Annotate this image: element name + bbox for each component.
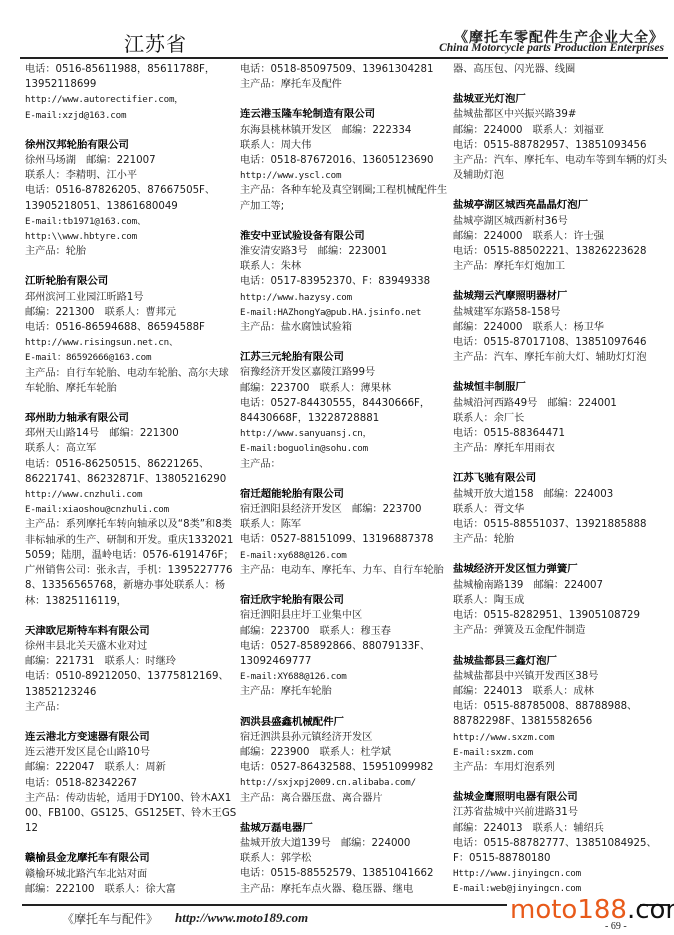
info-line: 邳州滨河工业园江昕路1号 [25,290,237,305]
contact-line: 联系人：朱林 [240,259,452,274]
phone-line: 电话：0515-88782957、13851093456 [453,138,668,153]
website-link[interactable]: http://sxjxpj2009.cn.alibaba.com/ [240,775,452,790]
info-line: 13092469777 [240,654,452,669]
column-3: 器、高压包、闪光器、线圈盐城亚光灯泡厂盐城盐都区中兴振兴路39#邮编：22400… [453,62,668,897]
website-link[interactable]: http://www.risingsun.net.cn、 [25,335,237,350]
company-entry: 盐城金鹰照明电器有限公司江苏省盐城中兴前进路31号邮编：224013 联系人：辅… [453,790,668,896]
info-line: 盐城建军东路58-158号 [453,305,668,320]
info-line: 88782298F、13815582656 [453,714,668,729]
phone-line: 电话：0515-87017108、13851097646 [453,335,668,350]
company-entry: 盐城盐都县三鑫灯泡厂盐城盐都县中兴镇开发西区38号邮编：224013 联系人：成… [453,654,668,776]
info-line: 宿迁泗洪县孙元镇经济开发区 [240,730,452,745]
contact-line: 联系人：陶玉成 [453,593,668,608]
phone-line: 电话：0515-88785008、88788988、 [453,699,668,714]
website-link[interactable]: http://www.sxzm.com [453,730,668,745]
website-link[interactable]: http://www.yscl.com [240,168,452,183]
phone-line: 电话：0515-88782777、13851084925、 [453,836,668,851]
contact-line: 联系人：高立军 [25,441,237,456]
company-name: 盐城亭湖区城西亮晶晶灯泡厂 [453,198,668,213]
products-line: 主产品：汽车、摩托车、电动车等到车辆的灯头及辅助灯泡 [453,153,668,183]
info-line: 盐城榆南路139 邮编：224007 [453,578,668,593]
company-entry: 徐州汉邦轮胎有限公司徐州马场湖 邮编：221007联系人：李精明、江小平电话：0… [25,138,237,260]
company-entry: 盐城万磊电器厂盐城开放大道139号 邮编：224000联系人：郭学松电话：051… [240,821,452,897]
info-line: 赣榆环城北路汽车北站对面 [25,867,237,882]
products-line: 主产品：摩托车点火器、稳压器、继电 [240,882,452,897]
company-entry: 江苏三元轮胎有限公司宿豫经济开发区嘉陵江路99号邮编：223700 联系人：薄果… [240,350,452,472]
company-name: 宿迁超能轮胎有限公司 [240,487,452,502]
company-entry: 电话：0518-85097509、13961304281主产品：摩托车及配件 [240,62,452,92]
info-line: 连云港开发区昆仑山路10号 [25,745,237,760]
products-line: 主产品：弹簧及五金配件制造 [453,623,668,638]
company-entry: 天津欧尼斯特车料有限公司徐州丰县北关天盛木业对过邮编：221731 联系人：时继… [25,624,237,715]
phone-line: 电话：0527-88151099、13196887378 [240,532,452,547]
footer-magazine-name: 《摩托车与配件》 [62,910,158,927]
company-entry: 邳州助力轴承有限公司邳州天山路14号 邮编：221300联系人：高立军电话：05… [25,411,237,609]
company-name: 徐州汉邦轮胎有限公司 [25,138,237,153]
company-entry: 器、高压包、闪光器、线圈 [453,62,668,77]
company-entry: 电话：0516-85611988，85611788F，13952118699ht… [25,62,237,123]
province-title: 江苏省 [124,28,187,57]
company-entry: 赣榆县金龙摩托车有限公司赣榆环城北路汽车北站对面邮编：222100 联系人：徐大… [25,851,237,897]
email-link[interactable]: E-mail:xzjd@163.com [25,108,237,123]
info-line: 盐城开放大道158 邮编：224003 [453,487,668,502]
phone-line: 电话：0516-87826205、87667505F、 [25,183,237,198]
phone-line: 电话：0517-83952370、F：83949338 [240,274,452,289]
contact-line: 联系人：周大伟 [240,138,452,153]
email-link[interactable]: E-mail:HAZhongYa@pub.HA.jsinfo.net [240,305,452,320]
postcode-contact-line: 邮编：223900 联系人：杜学斌 [240,745,452,760]
phone-line: 电话：0516-86594688、86594588F [25,320,237,335]
contact-line: 联系人：胥文华 [453,502,668,517]
phone-line: 电话：0518-87672016、13605123690 [240,153,452,168]
postcode-contact-line: 邮编：223700 联系人：薄果林 [240,381,452,396]
website-link[interactable]: http:\\www.hbtyre.com [25,229,237,244]
products-line: 主产品：摩托车用雨衣 [453,441,668,456]
info-line: 84430668F，13228728881 [240,411,452,426]
company-name: 盐城亚光灯泡厂 [453,92,668,107]
company-entry: 盐城亚光灯泡厂盐城盐都区中兴振兴路39#邮编：224000 联系人：刘福亚电话：… [453,92,668,183]
company-name: 连云港玉隆车轮制造有限公司 [240,107,452,122]
postcode-contact-line: 邮编：221731 联系人：时继玲 [25,654,237,669]
info-line: 淮安清安路3号 邮编：223001 [240,244,452,259]
website-link[interactable]: http://www.hazysy.com [240,290,452,305]
products-line: 主产品：车用灯泡系列 [453,760,668,775]
products-line: 主产品：摩托车灯炮加工 [453,259,668,274]
products-line: 主产品：摩托车轮胎 [240,684,452,699]
postcode-contact-line: 邮编：222047 联系人：周新 [25,760,237,775]
postcode-contact-line: 邮编：224013 联系人：辅绍兵 [453,821,668,836]
products-line: 主产品：各种车轮及真空钢圈;工程机械配件生产加工等; [240,183,452,213]
contact-line: 联系人：余厂长 [453,411,668,426]
info-line: 宿豫经济开发区嘉陵江路99号 [240,365,452,380]
website-link[interactable]: http://www.autorectifier.com， [25,92,237,107]
company-entry: 连云港玉隆车轮制造有限公司东海县桃林镇开发区 邮编：222334联系人：周大伟电… [240,107,452,213]
info-line: 东海县桃林镇开发区 邮编：222334 [240,123,452,138]
company-name: 连云港北方变速器有限公司 [25,730,237,745]
contact-line: 联系人：李精明、江小平 [25,168,237,183]
info-line: 盐城亭湖区城西新村36号 [453,214,668,229]
company-name: 盐城恒丰制服厂 [453,380,668,395]
email-link[interactable]: E-mail:xiaoshou@cnzhuli.com [25,502,237,517]
company-name: 盐城万磊电器厂 [240,821,452,836]
info-line: 器、高压包、闪光器、线圈 [453,62,668,77]
products-line: 主产品：离合器压盘、离合器片 [240,791,452,806]
watermark-com: .com [627,895,674,925]
info-line: 盐城盐都县中兴镇开发西区38号 [453,669,668,684]
email-link[interactable]: E-mail：86592666@163.com [25,350,237,365]
phone-line: F：0515-88780180 [453,851,668,866]
website-link[interactable]: Http://www.jinyingcn.com [453,866,668,881]
contact-line: 联系人：陈军 [240,517,452,532]
page-header: 江苏省 《摩托车零配件生产企业大全》 China Motorcycle part… [0,0,674,58]
company-entry: 盐城经济开发区恒力弹簧厂盐城榆南路139 邮编：224007联系人：陶玉成电话：… [453,562,668,638]
company-name: 江苏飞驰有限公司 [453,471,668,486]
info-line: 13852123246 [25,685,237,700]
company-entry: 宿迁欣宇轮胎有限公司宿迁泗阳县庄圩工业集中区邮编：223700 联系人：穆玉春电… [240,593,452,699]
phone-line: 电话：0515-88551037、13921885888 [453,517,668,532]
postcode-contact-line: 邮编：222100 联系人：徐大富 [25,882,237,897]
company-name: 邳州助力轴承有限公司 [25,411,237,426]
company-entry: 泗洪县盛鑫机械配件厂宿迁泗洪县孙元镇经济开发区邮编：223900 联系人：杜学斌… [240,715,452,806]
products-line: 主产品：轮胎 [25,244,237,259]
phone-line: 电话：0515-88552579、13851041662 [240,866,452,881]
info-line: 13952118699 [25,77,237,92]
phone-line: 电话：0518-82342267 [25,776,237,791]
company-name: 盐城翔云汽摩照明器材厂 [453,289,668,304]
company-entry: 淮安中亚试验设备有限公司淮安清安路3号 邮编：223001联系人：朱林电话：05… [240,229,452,335]
postcode-contact-line: 邮编：223700 联系人：穆玉春 [240,624,452,639]
phone-line: 电话：0527-84430555，84430666F， [240,396,452,411]
products-line: 主产品：盐水腐蚀试验箱 [240,320,452,335]
postcode-contact-line: 邮编：221300 联系人：曹邦元 [25,305,237,320]
phone-line: 电话：0527-85892866、88079133F、 [240,639,452,654]
postcode-contact-line: 邮编：224000 联系人：许士强 [453,229,668,244]
company-name: 江昕轮胎有限公司 [25,274,237,289]
phone-line: 电话：0518-85097509、13961304281 [240,62,452,77]
email-link[interactable]: E-mail:tb1971@163.com、 [25,214,237,229]
page-number: - 69 - [605,921,627,932]
company-name: 淮安中亚试验设备有限公司 [240,229,452,244]
products-line: 主产品：自行车轮胎、电动车轮胎、高尔夫球车轮胎、摩托车轮胎 [25,366,237,396]
company-name: 盐城经济开发区恒力弹簧厂 [453,562,668,577]
info-line: 江苏省盐城中兴前进路31号 [453,805,668,820]
company-entry: 江苏飞驰有限公司盐城开放大道158 邮编：224003联系人：胥文华电话：051… [453,471,668,547]
company-name: 盐城盐都县三鑫灯泡厂 [453,654,668,669]
products-line: 主产品： [25,700,237,715]
phone-line: 电话：0515-8282951、13905108729 [453,608,668,623]
company-entry: 宿迁超能轮胎有限公司宿迁泗阳县经济开发区 邮编：223700联系人：陈军电话：0… [240,487,452,578]
info-line: 邳州天山路14号 邮编：221300 [25,426,237,441]
phone-line: 电话：0510-89212050、13775812169、 [25,669,237,684]
company-name: 盐城金鹰照明电器有限公司 [453,790,668,805]
info-line: 宿迁泗阳县庄圩工业集中区 [240,608,452,623]
company-name: 泗洪县盛鑫机械配件厂 [240,715,452,730]
products-line: 主产品：摩托车及配件 [240,77,452,92]
company-name: 江苏三元轮胎有限公司 [240,350,452,365]
phone-line: 电话：0527-86432588、15951099982 [240,760,452,775]
website-link[interactable]: http://www.cnzhuli.com [25,487,237,502]
phone-line: 电话：0515-88502221、13826223628 [453,244,668,259]
footer-rule [22,904,507,906]
watermark-logo: moto188.com [510,896,674,924]
products-line: 主产品：传动齿轮，适用于DY100、铃木AX100、FB100、GS125、GS… [25,791,237,837]
book-title-en: China Motorcycle parts Production Enterp… [439,42,664,54]
products-line: 主产品：轮胎 [453,532,668,547]
info-line: 盐城沿河西路49号 邮编：224001 [453,396,668,411]
company-name: 宿迁欣宇轮胎有限公司 [240,593,452,608]
company-name: 赣榆县金龙摩托车有限公司 [25,851,237,866]
company-entry: 盐城亭湖区城西亮晶晶灯泡厂盐城亭湖区城西新村36号邮编：224000 联系人：许… [453,198,668,274]
info-line: 徐州马场湖 邮编：221007 [25,153,237,168]
website-link[interactable]: http://www.sanyuansj.cn， [240,426,452,441]
info-line: 徐州丰县北关天盛木业对过 [25,639,237,654]
email-link[interactable]: E-mail:boguolin@sohu.com [240,441,452,456]
products-line: 主产品： [240,457,452,472]
postcode-contact-line: 邮编：224000 联系人：刘福亚 [453,123,668,138]
column-1: 电话：0516-85611988，85611788F，13952118699ht… [25,62,237,897]
header-rule [20,57,668,59]
company-name: 天津欧尼斯特车料有限公司 [25,624,237,639]
footer-url-link[interactable]: http://www.moto189.com [175,910,308,926]
products-line: 主产品：汽车、摩托车前大灯、辅助灯灯泡 [453,350,668,365]
postcode-contact-line: 邮编：224013 联系人：成林 [453,684,668,699]
company-entry: 盐城翔云汽摩照明器材厂盐城建军东路58-158号邮编：224000 联系人：杨卫… [453,289,668,365]
contact-line: 联系人：郭学松 [240,851,452,866]
email-link[interactable]: E-mail:XY688@126.com [240,669,452,684]
company-entry: 连云港北方变速器有限公司连云港开发区昆仑山路10号邮编：222047 联系人：周… [25,730,237,836]
postcode-contact-line: 邮编：224000 联系人：杨卫华 [453,320,668,335]
company-entry: 江昕轮胎有限公司邳州滨河工业园江昕路1号邮编：221300 联系人：曹邦元电话：… [25,274,237,396]
email-link[interactable]: E-mail:xy688@126.com [240,548,452,563]
phone-line: 电话：0516-85611988，85611788F， [25,62,237,77]
column-2: 电话：0518-85097509、13961304281主产品：摩托车及配件连云… [240,62,452,897]
phone-line: 电话：0516-86250515、86221265、 [25,457,237,472]
email-link[interactable]: E-mail:sxzm.com [453,745,668,760]
info-line: 86221741、86232871F、13805216290 [25,472,237,487]
phone-line: 电话：0515-88364471 [453,426,668,441]
info-line: 盐城开放大道139号 邮编：224000 [240,836,452,851]
info-line: 13905218051、13861680049 [25,199,237,214]
info-line: 盐城盐都区中兴振兴路39# [453,107,668,122]
products-line: 主产品：系列摩托车转向轴承以及“8类”和8类非标轴承的生产、研制和开发。重庆13… [25,517,237,608]
info-line: 宿迁泗阳县经济开发区 邮编：223700 [240,502,452,517]
products-line: 主产品：电动车、摩托车、力车、自行车轮胎 [240,563,452,578]
company-entry: 盐城恒丰制服厂盐城沿河西路49号 邮编：224001联系人：余厂长电话：0515… [453,380,668,456]
